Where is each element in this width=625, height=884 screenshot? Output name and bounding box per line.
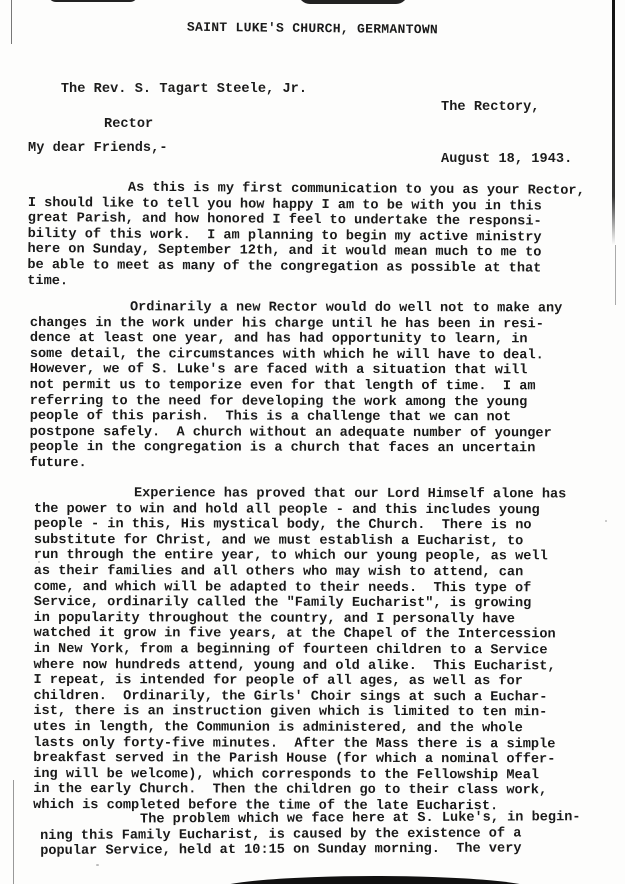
- text-line: people of this parish. This is a challen…: [30, 409, 620, 426]
- text-line: people - in this, His mystical body, the…: [34, 517, 624, 534]
- letterhead: SAINT LUKE'S CHURCH, GERMANTOWN: [0, 18, 625, 40]
- sender-name: The Rev. S. Tagart Steele, Jr.: [61, 82, 307, 97]
- text-line: However, we of S. Luke's are faced with …: [30, 362, 620, 379]
- scan-shadow-top-left: [48, 0, 138, 2]
- text-line: in the early Church. Then the children g…: [33, 782, 623, 799]
- paragraph-2: Ordinarily a new Rector would do well no…: [30, 300, 620, 473]
- text-line: run through the entire year, to which ou…: [34, 548, 624, 565]
- paragraph-4: The problem which we face here at S. Luk…: [40, 810, 625, 860]
- text-line: ing will be welcome), which corresponds …: [33, 767, 623, 784]
- text-line: watched it grow in five years, at the Ch…: [34, 626, 624, 643]
- text-line: lasts only forty-five minutes. After the…: [33, 735, 623, 752]
- scan-edge-left-bottom: [13, 780, 14, 884]
- text-line: where now hundreds attend, young and old…: [34, 658, 624, 675]
- text-line: Experience has proved that our Lord Hims…: [34, 486, 624, 503]
- text-line: utes in length, the Communion is adminis…: [33, 720, 623, 737]
- text-line: changes in the work under his charge unt…: [30, 316, 620, 333]
- text-line: in New York, from a beginning of fourtee…: [34, 642, 624, 659]
- text-line: I repeat, is intended for people of all …: [33, 673, 623, 690]
- text-line: people in the congregation is a church t…: [30, 440, 620, 457]
- text-line: as their families and all others who may…: [34, 564, 624, 581]
- text-line: referring to the need for developing the…: [30, 394, 620, 411]
- text-line: not permit us to temporize even for that…: [30, 378, 620, 395]
- text-line: breakfast served in the Parish House (fo…: [33, 751, 623, 768]
- text-line: Service, ordinarily called the "Family E…: [34, 595, 624, 612]
- scanned-letter-page: SAINT LUKE'S CHURCH, GERMANTOWN The Rev.…: [0, 0, 625, 884]
- scan-shadow-top-center: [298, 0, 408, 4]
- text-line: come, and which will be adapted to their…: [34, 580, 624, 597]
- text-line: popular Service, held at 10:15 on Sunday…: [40, 841, 625, 860]
- text-line: substitute for Christ, and we must estab…: [34, 533, 624, 550]
- text-line: the power to win and hold all people - a…: [34, 502, 624, 519]
- text-line: postpone safely. A church without an ade…: [30, 425, 620, 442]
- sender-title: Rector: [28, 116, 307, 133]
- text-line: dence at least one year, and has had opp…: [30, 331, 620, 348]
- text-line: Ordinarily a new Rector would do well no…: [30, 300, 620, 317]
- text-line: ist, there is an instruction given which…: [33, 704, 623, 721]
- address-place: The Rectory,: [441, 99, 572, 116]
- text-line: in popularity throughout the country, an…: [34, 611, 624, 628]
- paragraph-1: As this is my first communication to you…: [27, 180, 618, 293]
- scan-speck: [96, 864, 99, 866]
- text-line: The problem which we face here at S. Luk…: [40, 810, 625, 829]
- letter-date: August 18, 1943.: [441, 151, 572, 168]
- text-line: some detail, the circumstances with whic…: [30, 347, 620, 364]
- text-line: future.: [30, 456, 620, 473]
- salutation: My dear Friends,-: [28, 140, 168, 157]
- scan-shadow-bottom: [215, 876, 535, 884]
- paragraph-3: Experience has proved that our Lord Hims…: [33, 486, 624, 815]
- text-line: children. Ordinarily, the Girls' Choir s…: [33, 689, 623, 706]
